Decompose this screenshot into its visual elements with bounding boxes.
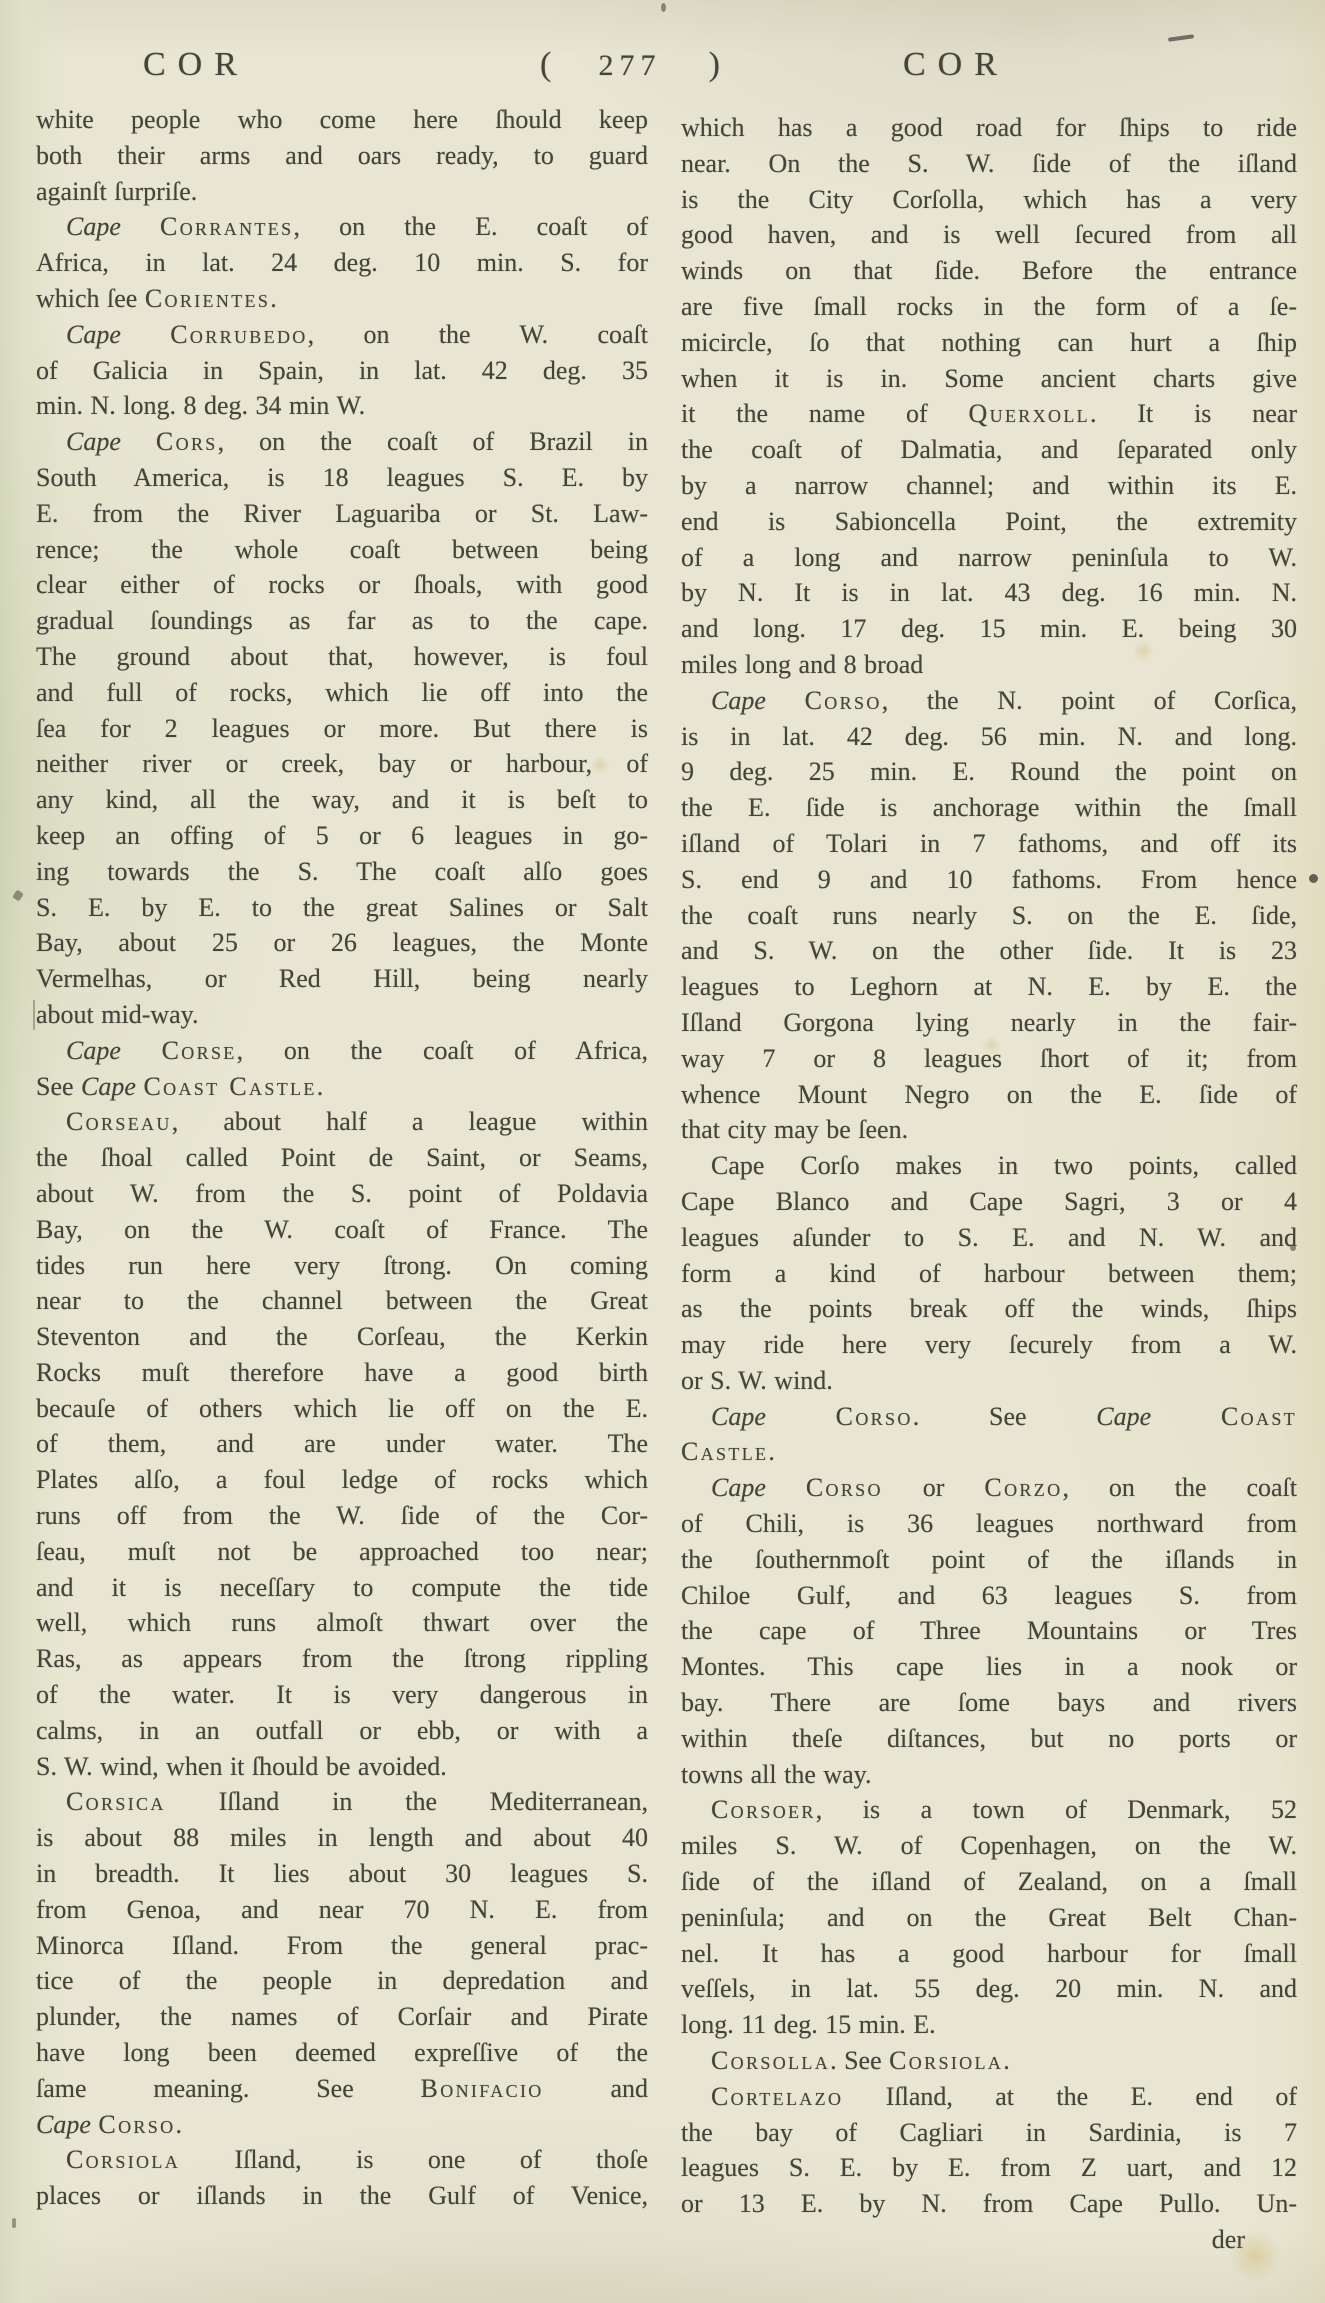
- text-line: towns all the way.: [681, 1757, 1297, 1793]
- text-line: the E. ſide is anchorage within the ſmal…: [681, 790, 1297, 826]
- text-line: Africa, in lat. 24 deg. 10 min. S. for: [36, 245, 648, 281]
- text-line: Bay, about 25 or 26 leagues, the Monte: [36, 925, 648, 961]
- entry-paragraph: Cape Corso. See Cape CoastCastle.: [681, 1399, 1297, 1471]
- scan-speck: [12, 890, 24, 902]
- paper-stain: [1130, 640, 1156, 662]
- column-left: white people who come here ſhould keepbo…: [36, 102, 648, 2214]
- text-line: Chiloe Gulf, and 63 leagues S. from: [681, 1578, 1297, 1614]
- text-line: Cape Blanco and Cape Sagri, 3 or 4: [681, 1184, 1297, 1220]
- text-line: Cortelazo Iſland, at the E. end of: [681, 2079, 1297, 2115]
- text-line: Rocks muſt therefore have a good birth: [36, 1355, 648, 1391]
- text-line: S. end 9 and 10 fathoms. From hence: [681, 862, 1297, 898]
- text-line: of Chili, is 36 leagues northward from: [681, 1506, 1297, 1542]
- paren-close: ): [709, 46, 720, 84]
- entry-paragraph: Cape Cors, on the coaſt of Brazil inSout…: [36, 424, 648, 1033]
- text-line: leagues S. E. by E. from Z uart, and 12: [681, 2150, 1297, 2186]
- text-line: by a narrow channel; and within its E.: [681, 468, 1297, 504]
- text-line: have long been deemed expreſſive of the: [36, 2035, 648, 2071]
- text-line: Cape Cors, on the coaſt of Brazil in: [36, 424, 648, 460]
- text-line: winds on that ſide. Before the entrance: [681, 253, 1297, 289]
- paper-stain: [1225, 2228, 1285, 2283]
- text-line: whence Mount Negro on the E. ſide of: [681, 1077, 1297, 1113]
- scan-speck: [1290, 1245, 1296, 1251]
- text-line: keep an offing of 5 or 6 leagues in go-: [36, 818, 648, 854]
- text-line: near to the channel between the Great: [36, 1283, 648, 1319]
- text-line: Castle.: [681, 1434, 1297, 1470]
- text-line: near. On the S. W. ſide of the iſland: [681, 146, 1297, 182]
- entry-paragraph: Cape Corrantes, on the E. coaſt ofAfrica…: [36, 209, 648, 316]
- text-line: within theſe diſtances, but no ports or: [681, 1721, 1297, 1757]
- text-line: and it is neceſſary to compute the tide: [36, 1570, 648, 1606]
- text-line: and long. 17 deg. 15 min. E. being 30: [681, 611, 1297, 647]
- entry-paragraph: Corsoer, is a town of Denmark, 52miles S…: [681, 1792, 1297, 2043]
- text-line: that city may be ſeen.: [681, 1112, 1297, 1148]
- text-line: the cape of Three Mountains or Tres: [681, 1613, 1297, 1649]
- text-line: Corsolla. See Corsiola.: [681, 2043, 1297, 2079]
- text-line: are five ſmall rocks in the form of a ſe…: [681, 289, 1297, 325]
- text-line: calms, in an outfall or ebb, or with a: [36, 1713, 648, 1749]
- text-line: Corsica Iſland in the Mediterranean,: [36, 1784, 648, 1820]
- text-line: places or iſlands in the Gulf of Venice,: [36, 2178, 648, 2214]
- text-line: Ras, as appears from the ſtrong rippling: [36, 1641, 648, 1677]
- text-line: rence; the whole coaſt between being: [36, 532, 648, 568]
- text-line: and S. W. on the other ſide. It is 23: [681, 933, 1297, 969]
- text-line: of the water. It is very dangerous in: [36, 1677, 648, 1713]
- scan-speck: [12, 2218, 16, 2228]
- text-line: Cape Corso, the N. point of Corſica,: [681, 683, 1297, 719]
- text-line: See Cape Coast Castle.: [36, 1069, 648, 1105]
- text-line: Vermelhas, or Red Hill, being nearly: [36, 961, 648, 997]
- text-line: is the City Corſolla, which has a very: [681, 182, 1297, 218]
- text-line: der: [681, 2222, 1297, 2258]
- text-line: ſeau, muſt not be approached too near;: [36, 1534, 648, 1570]
- running-title-left: COR: [143, 46, 249, 84]
- text-line: Corsoer, is a town of Denmark, 52: [681, 1792, 1297, 1828]
- entry-paragraph: white people who come here ſhould keepbo…: [36, 102, 648, 209]
- text-line: gradual ſoundings as far as to the cape.: [36, 603, 648, 639]
- scan-mark-top-right: [1168, 34, 1194, 42]
- page-number: 277: [599, 46, 662, 84]
- paper-stain: [980, 1035, 1002, 1055]
- entry-paragraph: which has a good road for ſhips to riden…: [681, 110, 1297, 683]
- page-header: COR ( 277 ) COR: [0, 46, 1325, 92]
- text-line: Cape Corse, on the coaſt of Africa,: [36, 1033, 648, 1069]
- text-line: the bay of Cagliari in Sardinia, is 7: [681, 2115, 1297, 2151]
- text-line: it the name of Querxoll. It is near: [681, 396, 1297, 432]
- text-line: tice of the people in depredation and: [36, 1963, 648, 1999]
- text-line: good haven, and is well ſecured from all: [681, 217, 1297, 253]
- text-line: form a kind of harbour between them;: [681, 1256, 1297, 1292]
- entry-paragraph: Corseau, about half a league withinthe ſ…: [36, 1104, 648, 1784]
- text-line: end is Sabioncella Point, the extremity: [681, 504, 1297, 540]
- entry-paragraph: Cape Corso, the N. point of Corſica,is i…: [681, 683, 1297, 1148]
- entry-paragraph: Cape Corſo makes in two points, calledCa…: [681, 1148, 1297, 1399]
- entry-paragraph: Cortelazo Iſland, at the E. end ofthe ba…: [681, 2079, 1297, 2222]
- text-line: ing towards the S. The coaſt alſo goes: [36, 854, 648, 890]
- text-line: is in lat. 42 deg. 56 min. N. and long.: [681, 719, 1297, 755]
- text-line: of them, and are under water. The: [36, 1426, 648, 1462]
- text-line: Steventon and the Corſeau, the Kerkin: [36, 1319, 648, 1355]
- text-line: Cape Corrantes, on the E. coaſt of: [36, 209, 648, 245]
- text-line: or 13 E. by N. from Cape Pullo. Un-: [681, 2186, 1297, 2222]
- text-line: of Galicia in Spain, in lat. 42 deg. 35: [36, 353, 648, 389]
- text-line: is about 88 miles in length and about 40: [36, 1820, 648, 1856]
- text-line: the coaſt of Dalmatia, and ſeparated onl…: [681, 432, 1297, 468]
- text-line: peninſula; and on the Great Belt Chan-: [681, 1900, 1297, 1936]
- text-line: Corseau, about half a league within: [36, 1104, 648, 1140]
- paper-stain: [590, 755, 610, 775]
- text-line: againſt ſurpriſe.: [36, 174, 648, 210]
- text-line: Cape Corrubedo, on the W. coaſt: [36, 317, 648, 353]
- entry-paragraph: Cape Corse, on the coaſt of Africa,See C…: [36, 1033, 648, 1105]
- text-line: any kind, all the way, and it is beſt to: [36, 782, 648, 818]
- text-line: micircle, ſo that nothing can hurt a ſhi…: [681, 325, 1297, 361]
- running-title-right: COR: [903, 46, 1009, 84]
- scan-speck: [33, 1000, 35, 1030]
- paren-open: (: [540, 46, 551, 84]
- book-page-scan: COR ( 277 ) COR white people who come he…: [0, 0, 1325, 2303]
- text-line: Plates alſo, a foul ledge of rocks which: [36, 1462, 648, 1498]
- text-line: may ride here very ſecurely from a W.: [681, 1327, 1297, 1363]
- text-line: Corsiola Iſland, is one of thoſe: [36, 2142, 648, 2178]
- text-line: Cape Corſo makes in two points, called: [681, 1148, 1297, 1184]
- text-line: the coaſt runs nearly S. on the E. ſide,: [681, 898, 1297, 934]
- text-line: miles long and 8 broad: [681, 647, 1297, 683]
- text-line: ſea for 2 leagues or more. But there is: [36, 711, 648, 747]
- entry-paragraph: Corsiola Iſland, is one of thoſeplaces o…: [36, 2142, 648, 2214]
- entry-paragraph: Corsica Iſland in the Mediterranean,is a…: [36, 1784, 648, 2142]
- text-line: by N. It is in lat. 43 deg. 16 min. N.: [681, 575, 1297, 611]
- text-line: South America, is 18 leagues S. E. by: [36, 460, 648, 496]
- text-line: veſſels, in lat. 55 deg. 20 min. N. and: [681, 1971, 1297, 2007]
- text-line: Cape Corso. See Cape Coast: [681, 1399, 1297, 1435]
- text-line: well, which runs almoſt thwart over the: [36, 1605, 648, 1641]
- text-line: which has a good road for ſhips to ride: [681, 110, 1297, 146]
- scan-speck: [661, 3, 666, 12]
- text-line: clear either of rocks or ſhoals, with go…: [36, 567, 648, 603]
- text-line: about W. from the S. point of Poldavia: [36, 1176, 648, 1212]
- text-line: Cape Corso.: [36, 2107, 648, 2143]
- text-line: becauſe of others which lie off on the E…: [36, 1391, 648, 1427]
- text-line: runs off from the W. ſide of the Cor-: [36, 1498, 648, 1534]
- entry-paragraph: Cape Corso or Corzo, on the coaſtof Chil…: [681, 1470, 1297, 1792]
- text-line: plunder, the names of Corſair and Pirate: [36, 1999, 648, 2035]
- text-line: leagues to Leghorn at N. E. by E. the: [681, 969, 1297, 1005]
- text-line: from Genoa, and near 70 N. E. from: [36, 1892, 648, 1928]
- text-line: S. W. wind, when it ſhould be avoided.: [36, 1749, 648, 1785]
- text-line: as the points break off the winds, ſhips: [681, 1291, 1297, 1327]
- text-line: nel. It has a good harbour for ſmall: [681, 1936, 1297, 1972]
- text-line: when it is in. Some ancient charts give: [681, 361, 1297, 397]
- text-line: ſame meaning. See Bonifacio and: [36, 2071, 648, 2107]
- text-line: min. N. long. 8 deg. 34 min W.: [36, 388, 648, 424]
- text-line: long. 11 deg. 15 min. E.: [681, 2007, 1297, 2043]
- text-line: Bay, on the W. coaſt of France. The: [36, 1212, 648, 1248]
- text-line: Minorca Iſland. From the general prac-: [36, 1928, 648, 1964]
- text-line: about mid-way.: [36, 997, 648, 1033]
- text-line: Cape Corso or Corzo, on the coaſt: [681, 1470, 1297, 1506]
- entry-paragraph: Corsolla. See Corsiola.: [681, 2043, 1297, 2079]
- text-line: bay. There are ſome bays and rivers: [681, 1685, 1297, 1721]
- text-line: leagues aſunder to S. E. and N. W. and: [681, 1220, 1297, 1256]
- text-line: the ſhoal called Point de Saint, or Seam…: [36, 1140, 648, 1176]
- text-line: neither river or creek, bay or harbour, …: [36, 746, 648, 782]
- text-line: of a long and narrow peninſula to W.: [681, 540, 1297, 576]
- entry-paragraph: Cape Corrubedo, on the W. coaſtof Galici…: [36, 317, 648, 424]
- text-line: E. from the River Laguariba or St. Law-: [36, 496, 648, 532]
- text-line: 9 deg. 25 min. E. Round the point on: [681, 754, 1297, 790]
- text-line: white people who come here ſhould keep: [36, 102, 648, 138]
- text-line: Montes. This cape lies in a nook or: [681, 1649, 1297, 1685]
- text-line: iſland of Tolari in 7 fathoms, and off i…: [681, 826, 1297, 862]
- text-line: ſide of the iſland of Zealand, on a ſmal…: [681, 1864, 1297, 1900]
- text-line: miles S. W. of Copenhagen, on the W.: [681, 1828, 1297, 1864]
- text-line: and full of rocks, which lie off into th…: [36, 675, 648, 711]
- text-line: The ground about that, however, is foul: [36, 639, 648, 675]
- text-line: which ſee Corientes.: [36, 281, 648, 317]
- text-line: both their arms and oars ready, to guard: [36, 138, 648, 174]
- scan-speck: [1309, 874, 1318, 883]
- page-number-group: ( 277 ): [540, 46, 720, 84]
- text-line: or S. W. wind.: [681, 1363, 1297, 1399]
- catchword: der: [681, 2222, 1297, 2258]
- text-line: in breadth. It lies about 30 leagues S.: [36, 1856, 648, 1892]
- text-line: tides run here very ſtrong. On coming: [36, 1248, 648, 1284]
- text-line: S. E. by E. to the great Salines or Salt: [36, 890, 648, 926]
- text-line: the ſouthernmoſt point of the iſlands in: [681, 1542, 1297, 1578]
- column-right: which has a good road for ſhips to riden…: [681, 110, 1297, 2258]
